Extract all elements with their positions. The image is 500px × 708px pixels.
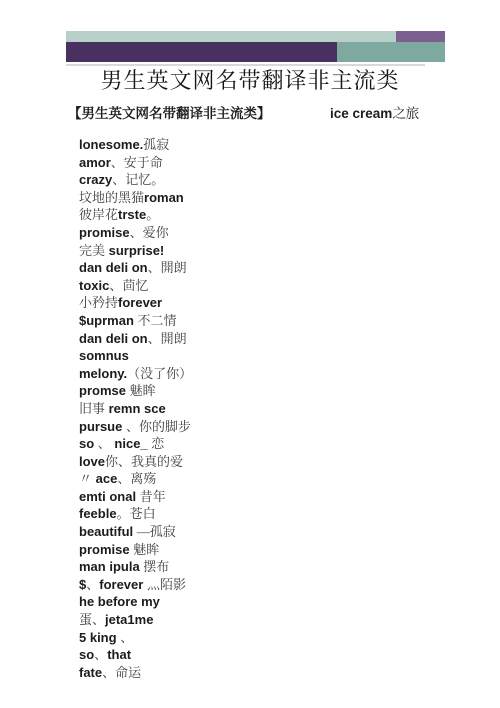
cjk-text-run: 恋 xyxy=(151,436,164,451)
cjk-text-run: 蛋、 xyxy=(79,612,105,627)
latin-text-run: lonesome. xyxy=(79,137,143,152)
latin-text-run: so xyxy=(79,647,94,662)
latin-text-run: beautiful xyxy=(79,524,137,539)
list-item: toxic、茴忆 xyxy=(79,277,459,295)
list-item: $、forever 灬陌影 xyxy=(79,576,459,594)
latin-text-run: 5 king xyxy=(79,630,120,645)
latin-text-run: remn sce xyxy=(105,401,166,416)
cjk-text-run: 小矜持 xyxy=(79,295,118,310)
latin-text-run: dan deli on xyxy=(79,331,148,346)
list-item: pursue 、你的脚步 xyxy=(79,418,459,436)
cjk-text-run: 、安于命 xyxy=(111,155,163,170)
list-item: beautiful —孤寂 xyxy=(79,523,459,541)
latin-text-run: fate xyxy=(79,665,102,680)
latin-text-run: trste xyxy=(118,207,146,222)
name-list: lonesome.孤寂amor、安于命crazy、记忆。坟地的黑猫roman彼岸… xyxy=(79,136,459,681)
cjk-text-run: 坟地的黑猫 xyxy=(79,190,144,205)
cjk-text-run: 旧事 xyxy=(79,401,105,416)
list-item: dan deli on、開朗 xyxy=(79,259,459,277)
cjk-text-run: 、爱你 xyxy=(130,225,169,240)
list-item: lonesome.孤寂 xyxy=(79,136,459,154)
document-page: 男生英文网名带翻译非主流类 【男生英文网名带翻译非主流类】 ice cream之… xyxy=(0,0,500,708)
latin-text-run: emti onal xyxy=(79,489,140,504)
latin-text-run: forever xyxy=(118,295,162,310)
cjk-text-run: 、茴忆 xyxy=(109,278,148,293)
latin-text-run: ice cream xyxy=(330,106,392,121)
latin-text-run: $uprman xyxy=(79,313,138,328)
banner-top-strip xyxy=(66,31,396,42)
cjk-text-run: 魅眸 xyxy=(133,542,159,557)
cjk-text-run: 、 xyxy=(94,647,107,662)
cjk-text-run: 、 xyxy=(120,630,133,645)
list-item: 旧事 remn sce xyxy=(79,400,459,418)
latin-text-run: promise xyxy=(79,225,130,240)
cjk-text-run: 、 xyxy=(86,577,99,592)
latin-text-run: amor xyxy=(79,155,111,170)
cjk-text-run: 昔年 xyxy=(140,489,166,504)
latin-text-run: crazy xyxy=(79,172,112,187)
latin-text-run: nice_ xyxy=(111,436,151,451)
cjk-text-run: 完美 xyxy=(79,243,105,258)
cjk-text-run: 摆布 xyxy=(143,559,169,574)
list-item: $uprman 不二情 xyxy=(79,312,459,330)
cjk-text-run: 魅眸 xyxy=(130,383,156,398)
latin-text-run: toxic xyxy=(79,278,109,293)
subheading-row: 【男生英文网名带翻译非主流类】 ice cream之旅 xyxy=(68,102,500,122)
list-item: 彼岸花trste。 xyxy=(79,206,459,224)
latin-text-run: that xyxy=(107,647,131,662)
cjk-text-run: 不二情 xyxy=(138,313,177,328)
list-item: 5 king 、 xyxy=(79,629,459,647)
cjk-text-run: 、 xyxy=(98,436,111,451)
cjk-text-run: 你、我真的爱 xyxy=(105,454,183,469)
list-item: love你、我真的爱 xyxy=(79,453,459,471)
list-item: crazy、记忆。 xyxy=(79,171,459,189)
list-item: 完美 surprise! xyxy=(79,242,459,260)
cjk-text-run: 、開朗 xyxy=(148,260,187,275)
list-item: 〃 ace、离殇 xyxy=(79,470,459,488)
list-item: emti onal 昔年 xyxy=(79,488,459,506)
cjk-text-run: —孤寂 xyxy=(137,524,176,539)
page-title: 男生英文网名带翻译非主流类 xyxy=(0,64,500,95)
latin-text-run: he before my xyxy=(79,594,160,609)
latin-text-run: promise xyxy=(79,542,133,557)
latin-text-run: jeta1me xyxy=(105,612,153,627)
cjk-text-run: 、你的脚步 xyxy=(126,419,191,434)
subheading-right: ice cream之旅 xyxy=(330,102,419,122)
cjk-text-run: 。苍白 xyxy=(117,506,156,521)
subheading-bracketed: 【男生英文网名带翻译非主流类】 xyxy=(68,106,271,121)
cjk-text-run: 、開朗 xyxy=(148,331,187,346)
cjk-text-run: （没了你） xyxy=(127,366,192,381)
list-item: somnus xyxy=(79,347,459,365)
latin-text-run: surprise! xyxy=(105,243,164,258)
list-item: dan deli on、開朗 xyxy=(79,330,459,348)
cjk-text-run: 灬陌影 xyxy=(147,577,186,592)
latin-text-run: somnus xyxy=(79,348,129,363)
latin-text-run: forever xyxy=(99,577,147,592)
latin-text-run: man ipula xyxy=(79,559,143,574)
cjk-text-run: 、记忆。 xyxy=(112,172,164,187)
list-item: so 、 nice_ 恋 xyxy=(79,435,459,453)
cjk-text-run: 、离殇 xyxy=(117,471,156,486)
latin-text-run: promse xyxy=(79,383,130,398)
latin-text-run: so xyxy=(79,436,98,451)
list-item: fate、命运 xyxy=(79,664,459,682)
list-item: amor、安于命 xyxy=(79,154,459,172)
list-item: promse 魅眸 xyxy=(79,382,459,400)
cjk-text-run: 〃 xyxy=(79,471,92,486)
cjk-text-run: 、命运 xyxy=(102,665,141,680)
list-item: 小矜持forever xyxy=(79,294,459,312)
list-item: feeble。苍白 xyxy=(79,505,459,523)
list-item: melony.（没了你） xyxy=(79,365,459,383)
cjk-text-run: 之旅 xyxy=(392,106,419,121)
list-item: promise 魅眸 xyxy=(79,541,459,559)
list-item: man ipula 摆布 xyxy=(79,558,459,576)
latin-text-run: ace xyxy=(92,471,117,486)
latin-text-run: roman xyxy=(144,190,184,205)
latin-text-run: dan deli on xyxy=(79,260,148,275)
latin-text-run: feeble xyxy=(79,506,117,521)
latin-text-run: melony. xyxy=(79,366,127,381)
cjk-text-run: 彼岸花 xyxy=(79,207,118,222)
list-item: promise、爱你 xyxy=(79,224,459,242)
latin-text-run: pursue xyxy=(79,419,126,434)
banner-main-purple-block xyxy=(66,42,337,62)
banner-main-teal-block xyxy=(337,42,445,62)
latin-text-run: love xyxy=(79,454,105,469)
cjk-text-run: 。 xyxy=(146,207,159,222)
cjk-text-run: 孤寂 xyxy=(143,137,169,152)
list-item: 蛋、jeta1me xyxy=(79,611,459,629)
banner-top-right-block xyxy=(396,31,445,42)
list-item: he before my xyxy=(79,593,459,611)
list-item: so、that xyxy=(79,646,459,664)
list-item: 坟地的黑猫roman xyxy=(79,189,459,207)
